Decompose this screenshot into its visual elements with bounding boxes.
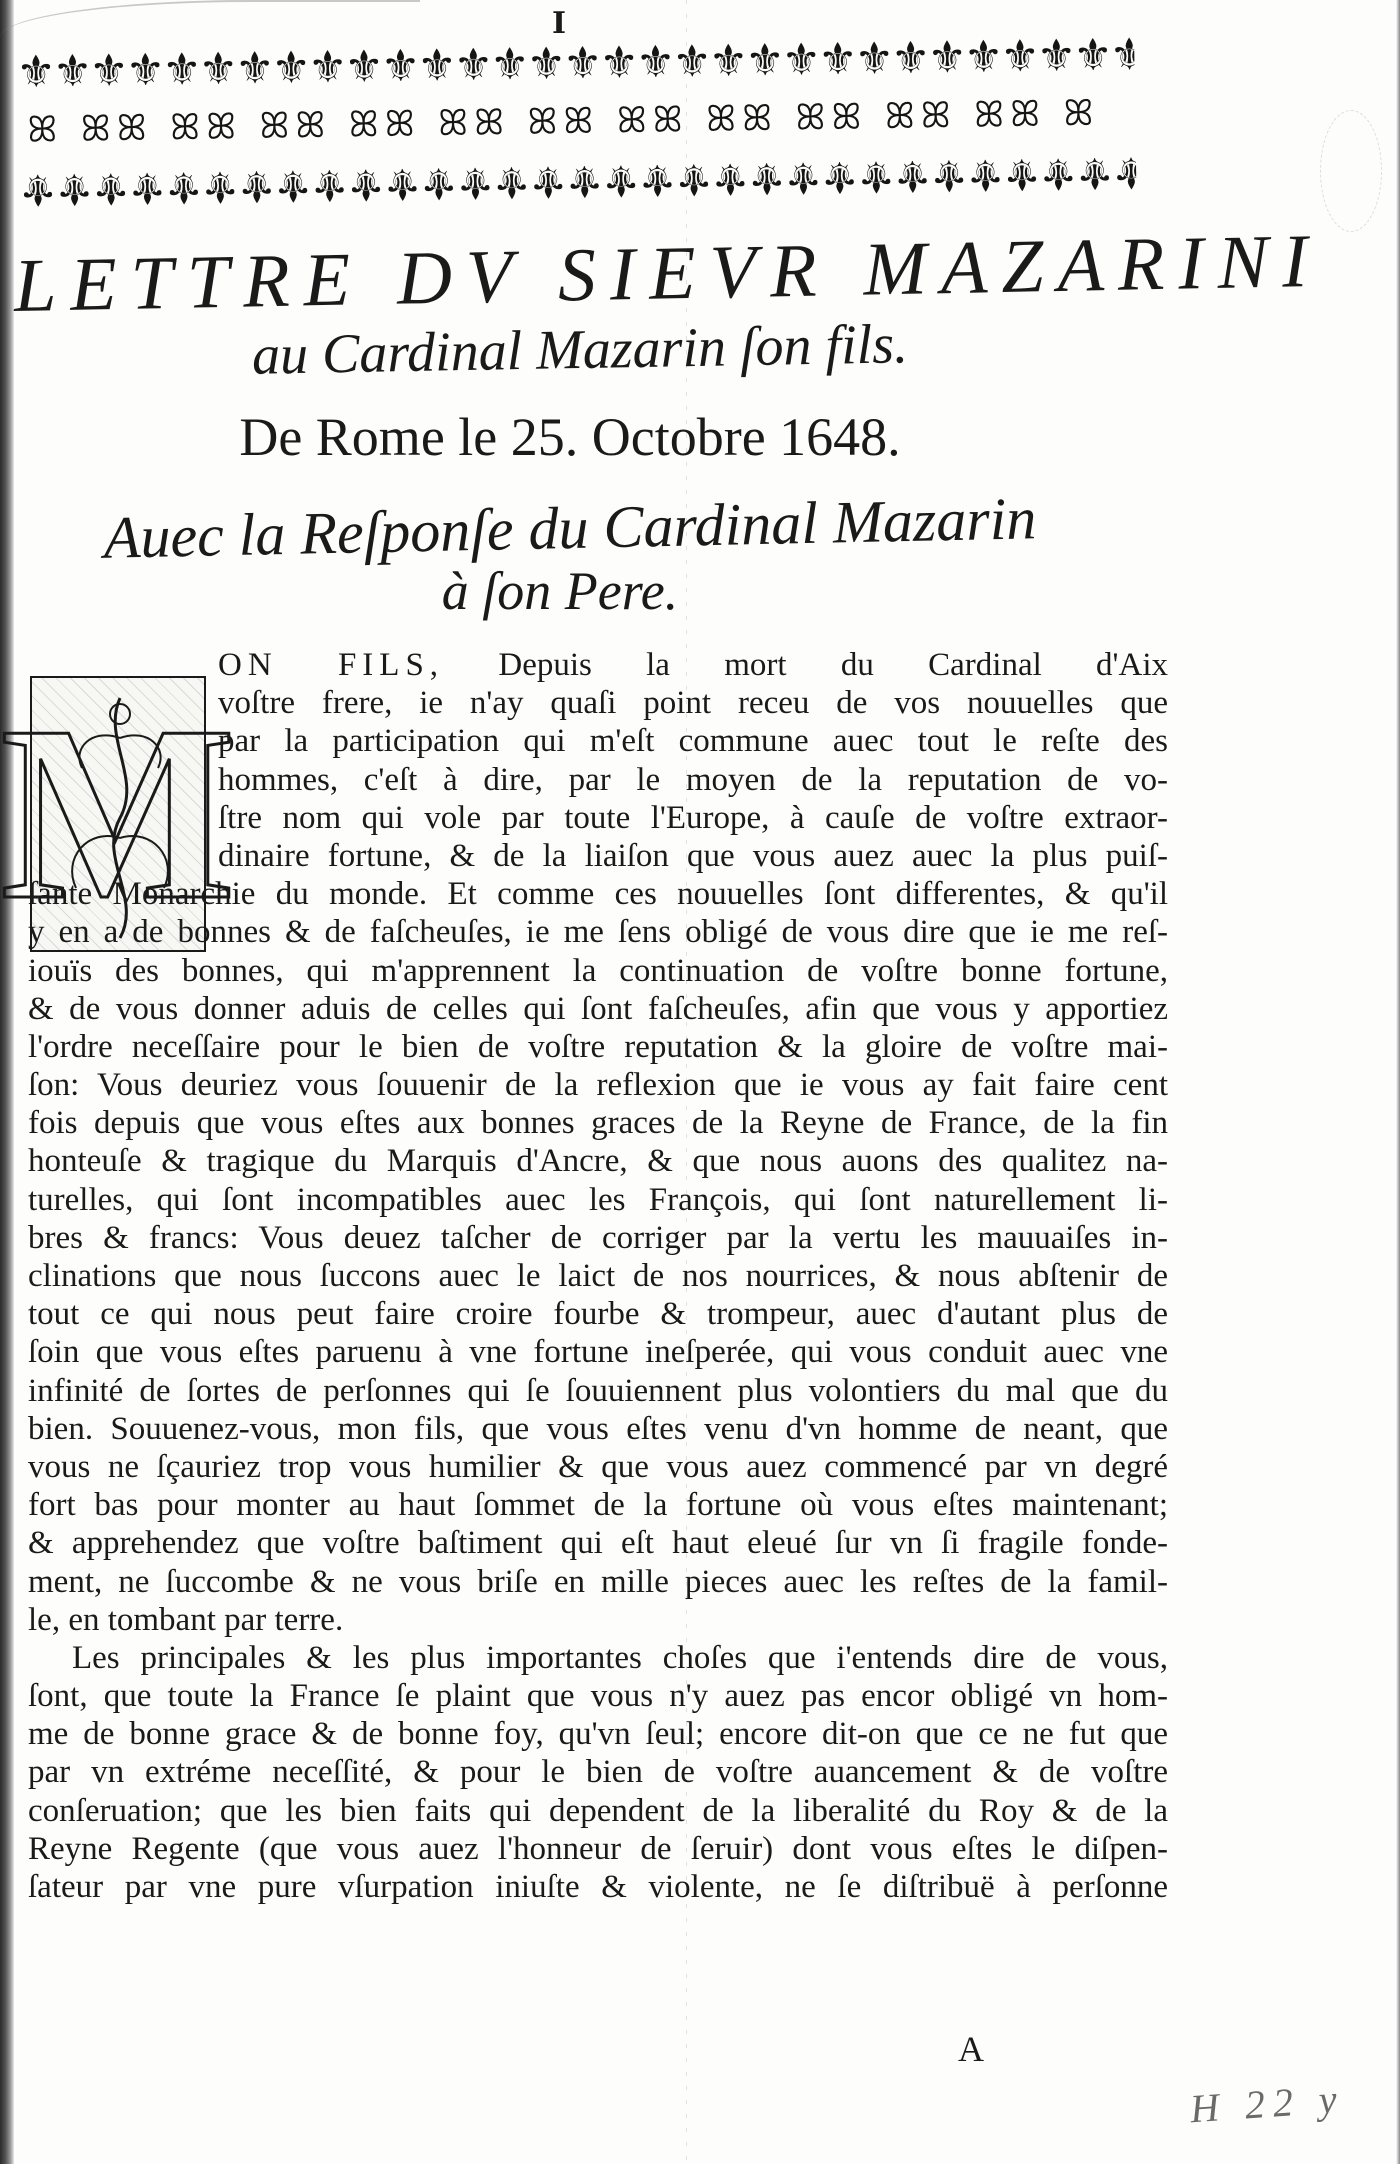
text-line: iouïs des bonnes, qui m'apprennent la co… bbox=[28, 952, 1168, 990]
main-title: LETTRE DV SIEVR MAZARINI bbox=[13, 223, 1134, 328]
subtitle-recipient: au Cardinal Mazarin ſon fils. bbox=[199, 311, 960, 388]
text-line: par vn extréme neceſſité, & pour le bien… bbox=[28, 1753, 1168, 1791]
text-line: dinaire fortune, & de la liaiſon que vou… bbox=[218, 837, 1168, 875]
text-line: vous ne ſçauriez trop vous humilier & qu… bbox=[28, 1448, 1168, 1486]
text-line: honteuſe & tragique du Marquis d'Ancre, … bbox=[28, 1142, 1168, 1180]
text-line: ſon: Vous deuriez vous ſouuenir de la re… bbox=[28, 1066, 1168, 1104]
text-line: clinations que nous ſuccons auec le laic… bbox=[28, 1257, 1168, 1295]
handwritten-shelfmark: H 22 y bbox=[1189, 2075, 1347, 2133]
text-line: ſoin que vous eſtes paruenu à vne fortun… bbox=[28, 1333, 1168, 1371]
text-line: y en a de bonnes & de faſcheuſes, ie me … bbox=[28, 913, 1168, 951]
text-line: bres & francs: Vous deuez taſcher de cor… bbox=[28, 1219, 1168, 1257]
dateline: De Rome le 25. Octobre 1648. bbox=[220, 406, 920, 468]
text-line: ſante Monarchie du monde. Et comme ces n… bbox=[28, 875, 1168, 913]
salutation: ON FILS, bbox=[218, 647, 444, 683]
text-line: & de vous donner aduis de celles qui ſon… bbox=[28, 990, 1168, 1028]
text-line: ſtre nom qui vole par toute l'Europe, à … bbox=[218, 799, 1168, 837]
text-line: fois depuis que vous eſtes aux bonnes gr… bbox=[28, 1104, 1168, 1142]
text-line: hommes, c'eſt à dire, par le moyen de la… bbox=[218, 761, 1168, 799]
text-line: Reyne Regente (que vous auez l'honneur d… bbox=[28, 1830, 1168, 1868]
text-line: ſont, que toute la France ſe plaint que … bbox=[28, 1677, 1168, 1715]
paragraph-end-line: le, en tombant par terre. bbox=[28, 1601, 1168, 1639]
title-block: LETTRE DV SIEVR MAZARINI au Cardinal Maz… bbox=[0, 0, 1400, 640]
text-line: conſeruation; que les bien faits qui dep… bbox=[28, 1792, 1168, 1830]
text-line: bien. Souuenez-vous, mon fils, que vous … bbox=[28, 1410, 1168, 1448]
text-line: ſateur par vne pure vſurpation iniuſte &… bbox=[28, 1868, 1168, 1906]
text-line: l'ordre neceſſaire pour le bien de voſtr… bbox=[28, 1028, 1168, 1066]
text-line: Depuis la mort du Cardinal d'Aix bbox=[498, 647, 1168, 683]
letter-body: ON FILS, Depuis la mort du Cardinal d'Ai… bbox=[28, 646, 1168, 1906]
text-line: infinité de ſortes de perſonnes qui ſe ſ… bbox=[28, 1372, 1168, 1410]
salutation-line: ON FILS, Depuis la mort du Cardinal d'Ai… bbox=[218, 646, 1168, 684]
text-line: & apprehendez que voſtre baſtiment qui e… bbox=[28, 1524, 1168, 1562]
subtitle-response-continued: à ſon Pere. bbox=[360, 560, 760, 622]
paragraph-start-line: Les principales & les plus importantes c… bbox=[28, 1639, 1168, 1677]
text-line: turelles, qui ſont incompatibles auec le… bbox=[28, 1181, 1168, 1219]
text-line: par la participation qui m'eſt commune a… bbox=[218, 722, 1168, 760]
text-line: tout ce qui nous peut faire croire fourb… bbox=[28, 1295, 1168, 1333]
text-line: voſtre frere, ie n'ay quaſi point receu … bbox=[218, 684, 1168, 722]
signature-mark: A bbox=[958, 2028, 984, 2070]
text-line: me de bonne grace & de bonne foy, qu'vn … bbox=[28, 1715, 1168, 1753]
text-line: ment, ne ſuccombe & ne vous briſe en mil… bbox=[28, 1563, 1168, 1601]
text-line: fort bas pour monter au haut ſommet de l… bbox=[28, 1486, 1168, 1524]
